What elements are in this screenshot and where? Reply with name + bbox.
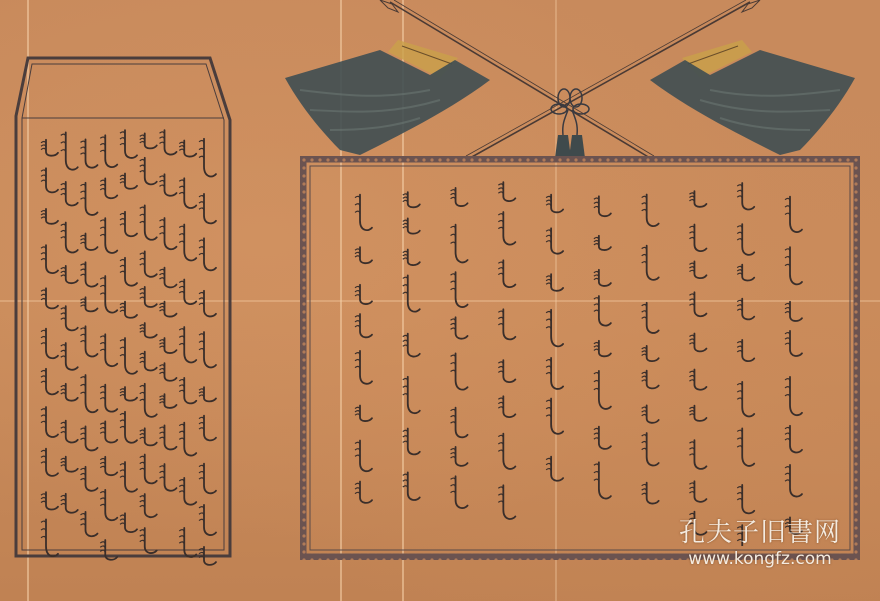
right-flag	[650, 40, 855, 155]
tassels	[555, 135, 585, 158]
watermark-url: www.kongfz.com	[660, 548, 860, 570]
left-flag	[285, 40, 490, 155]
envelope-panel	[14, 56, 234, 558]
bow-knot	[551, 89, 589, 135]
crossed-flags-emblem	[280, 0, 880, 170]
certificate-panel	[300, 156, 860, 560]
watermark-chinese: 孔夫子旧書网	[660, 518, 860, 548]
watermark: 孔夫子旧書网 www.kongfz.com	[660, 518, 860, 570]
